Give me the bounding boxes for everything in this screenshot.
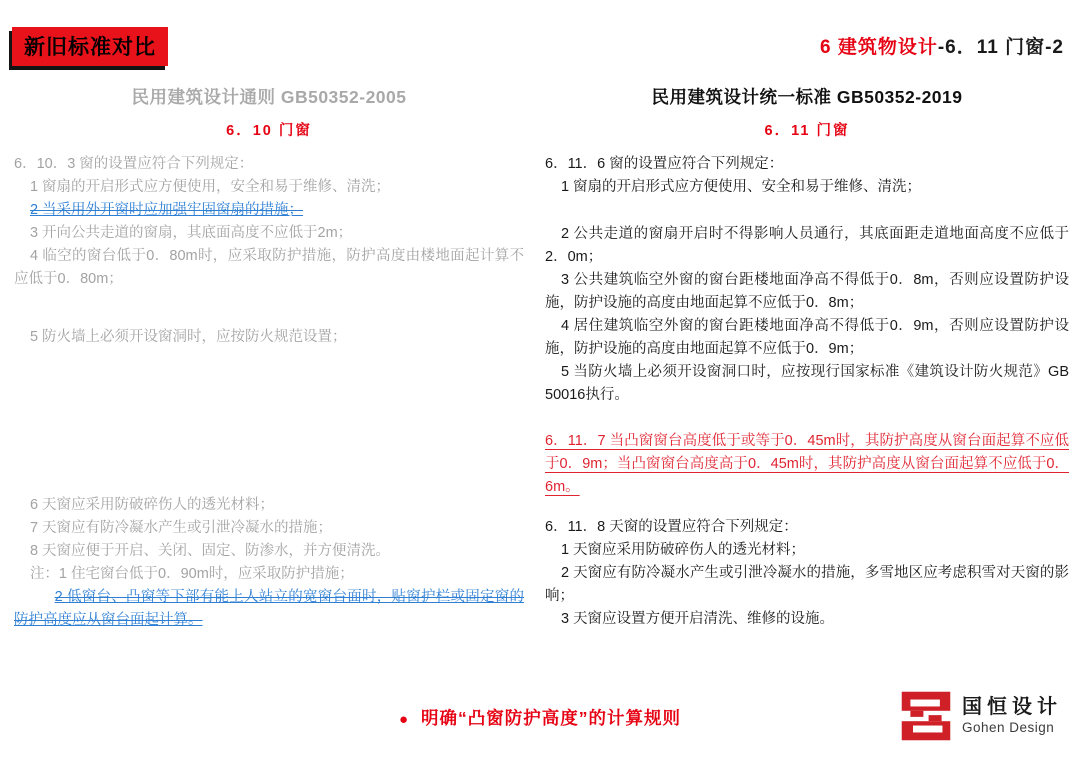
comparison-badge: 新旧标准对比 bbox=[12, 27, 168, 66]
breadcrumb-chapter: 6 建筑物设计 bbox=[820, 37, 938, 58]
old-standard-title: 民用建筑设计通则 GB50352-2005 bbox=[14, 84, 524, 109]
old-standard-body: 6．10．3 窗的设置应符合下列规定：1 窗扇的开启形式应方便使用，安全和易于维… bbox=[14, 153, 524, 632]
new-standard-column: 民用建筑设计统一标准 GB50352-2019 6．11 门窗 6．11．6 窗… bbox=[545, 84, 1069, 631]
text-line: 6．11．6 窗的设置应符合下列规定： bbox=[545, 153, 1069, 176]
text-line: 3 公共建筑临空外窗的窗台距楼地面净高不得低于0．8m，否则应设置防护设施，防护… bbox=[545, 269, 1069, 315]
slide: 新旧标准对比 6 建筑物设计-6．11 门窗-2 民用建筑设计通则 GB5035… bbox=[0, 0, 1080, 764]
text-line: 2 天窗应有防冷凝水产生或引泄冷凝水的措施，多雪地区应考虑积雪对天窗的影响； bbox=[545, 562, 1069, 608]
text-line: 6 天窗应采用防破碎伤人的透光材料； bbox=[14, 494, 524, 517]
text-line: 8 天窗应便于开启、关闭、固定、防渗水，并方便清洗。 bbox=[14, 540, 524, 563]
text-line: 4 临空的窗台低于0．80m时，应采取防护措施，防护高度由楼地面起计算不应低于0… bbox=[14, 245, 524, 291]
text-line: 注：1 住宅窗台低于0．90m时，应采取防护措施； bbox=[14, 563, 524, 586]
text-line: 2 当采用外开窗时应加强牢固窗扇的措施； bbox=[14, 199, 524, 222]
text-line: 1 窗扇的开启形式应方便使用、安全和易于维修、清洗； bbox=[545, 176, 1069, 199]
text-line: 6．11．7 当凸窗窗台高度低于或等于0．45m时，其防护高度从窗台面起算不应低… bbox=[545, 430, 1069, 499]
text-line: 7 天窗应有防冷凝水产生或引泄冷凝水的措施； bbox=[14, 517, 524, 540]
text-line: 3 天窗应设置方便开启清洗、维修的设施。 bbox=[545, 608, 1069, 631]
summary-note-text: 明确“凸窗防护高度”的计算规则 bbox=[421, 708, 681, 728]
text-line: 6．10．3 窗的设置应符合下列规定： bbox=[14, 153, 524, 176]
company-logo: 国恒设计 Gohen Design bbox=[900, 690, 1062, 742]
text-line: 1 天窗应采用防破碎伤人的透光材料； bbox=[545, 539, 1069, 562]
text-line: 5 当防火墙上必须开设窗洞口时，应按现行国家标准《建筑设计防火规范》GB 500… bbox=[545, 361, 1069, 407]
text-line: 2 低窗台、凸窗等下部有能上人站立的宽窗台面时，贴窗护栏或固定窗的防护高度应从窗… bbox=[14, 586, 524, 632]
text-line: 6．11．8 天窗的设置应符合下列规定： bbox=[545, 516, 1069, 539]
bullet-icon: ● bbox=[399, 711, 409, 728]
logo-text: 国恒设计 Gohen Design bbox=[962, 695, 1062, 737]
old-standard-section: 6．10 门窗 bbox=[14, 119, 524, 140]
old-standard-column: 民用建筑设计通则 GB50352-2005 6．10 门窗 6．10．3 窗的设… bbox=[14, 84, 524, 632]
gohen-logo-icon bbox=[900, 690, 952, 742]
new-standard-section: 6．11 门窗 bbox=[545, 119, 1069, 140]
text-line: 3 开向公共走道的窗扇，其底面高度不应低于2m； bbox=[14, 222, 524, 245]
new-standard-body: 6．11．6 窗的设置应符合下列规定：1 窗扇的开启形式应方便使用、安全和易于维… bbox=[545, 153, 1069, 631]
new-standard-title: 民用建筑设计统一标准 GB50352-2019 bbox=[545, 84, 1069, 109]
text-line: 4 居住建筑临空外窗的窗台距楼地面净高不得低于0．9m，否则应设置防护设施，防护… bbox=[545, 315, 1069, 361]
breadcrumb: 6 建筑物设计-6．11 门窗-2 bbox=[820, 32, 1064, 59]
logo-name-en: Gohen Design bbox=[962, 719, 1062, 737]
logo-name-cn: 国恒设计 bbox=[962, 695, 1062, 719]
breadcrumb-section: -6．11 门窗-2 bbox=[938, 37, 1064, 58]
text-line: 2 公共走道的窗扇开启时不得影响人员通行，其底面距走道地面高度不应低于2．0m； bbox=[545, 223, 1069, 269]
text-line: 5 防火墙上必须开设窗洞时，应按防火规范设置； bbox=[14, 326, 524, 349]
text-line: 1 窗扇的开启形式应方便使用，安全和易于维修、清洗； bbox=[14, 176, 524, 199]
